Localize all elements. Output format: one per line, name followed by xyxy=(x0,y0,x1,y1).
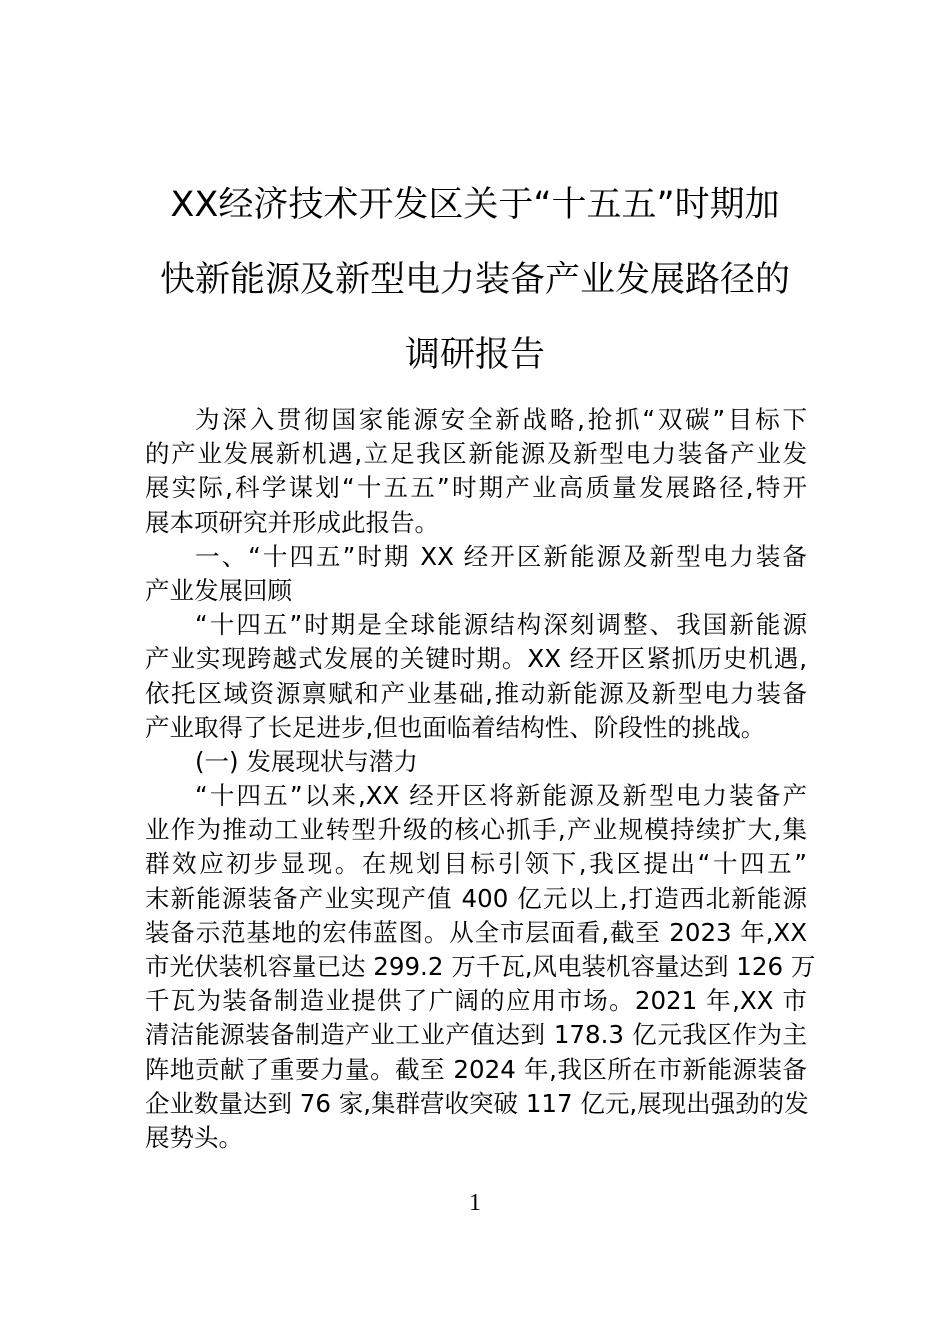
title-line: 调研报告 xyxy=(140,318,810,393)
text-line: 产业实现跨越式发展的关键时期。XX 经开区紧抓历史机遇, xyxy=(145,642,807,676)
title-line: XX经济技术开发区关于“十五五”时期加 xyxy=(140,168,810,243)
text-line: 群效应初步显现。在规划目标引领下,我区提出“十四五” xyxy=(145,847,807,881)
text-line: 展实际,科学谋划“十五五”时期产业高质量发展路径,特开 xyxy=(145,471,807,505)
text-line: 业作为推动工业转型升级的核心抓手,产业规模持续扩大,集 xyxy=(145,813,807,847)
text-line: 企业数量达到 76 家,集群营收突破 117 亿元,展现出强劲的发 xyxy=(145,1087,807,1121)
report-title: XX经济技术开发区关于“十五五”时期加 快新能源及新型电力装备产业发展路径的 调… xyxy=(140,168,810,393)
text-line: 的产业发展新机遇,立足我区新能源及新型电力装备产业发 xyxy=(145,437,807,471)
heading-line: 一、“十四五”时期 XX 经开区新能源及新型电力装备 xyxy=(145,540,807,574)
text-line: “十四五”时期是全球能源结构深刻调整、我国新能源 xyxy=(145,608,807,642)
text-line: 清洁能源装备制造产业工业产值达到 178.3 亿元我区作为主 xyxy=(145,1018,807,1052)
text-line: 末新能源装备产业实现产值 400 亿元以上,打造西北新能源 xyxy=(145,882,807,916)
text-line: 市光伏装机容量已达 299.2 万千瓦,风电装机容量达到 126 万 xyxy=(145,950,807,984)
text-line: 展势头。 xyxy=(145,1121,807,1155)
report-body: 为深入贯彻国家能源安全新战略,抢抓“双碳”目标下 的产业发展新机遇,立足我区新能… xyxy=(145,403,807,1155)
text-line: 装备示范基地的宏伟蓝图。从全市层面看,截至 2023 年,XX xyxy=(145,916,807,950)
heading-line: 产业发展回顾 xyxy=(145,574,807,608)
page-number: 1 xyxy=(0,1188,950,1218)
document-page: XX经济技术开发区关于“十五五”时期加 快新能源及新型电力装备产业发展路径的 调… xyxy=(0,0,950,1344)
subsection-heading: (一) 发展现状与潜力 xyxy=(145,745,807,779)
text-line: “十四五”以来,XX 经开区将新能源及新型电力装备产 xyxy=(145,779,807,813)
review-paragraph: “十四五”时期是全球能源结构深刻调整、我国新能源 产业实现跨越式发展的关键时期。… xyxy=(145,608,807,745)
status-paragraph: “十四五”以来,XX 经开区将新能源及新型电力装备产 业作为推动工业转型升级的核… xyxy=(145,779,807,1155)
section-heading-1: 一、“十四五”时期 XX 经开区新能源及新型电力装备 产业发展回顾 xyxy=(145,540,807,608)
text-line: 依托区域资源禀赋和产业基础,推动新能源及新型电力装备 xyxy=(145,677,807,711)
heading-line: (一) 发展现状与潜力 xyxy=(145,745,807,779)
intro-paragraph: 为深入贯彻国家能源安全新战略,抢抓“双碳”目标下 的产业发展新机遇,立足我区新能… xyxy=(145,403,807,540)
text-line: 为深入贯彻国家能源安全新战略,抢抓“双碳”目标下 xyxy=(145,403,807,437)
title-line: 快新能源及新型电力装备产业发展路径的 xyxy=(140,243,810,318)
text-line: 千瓦为装备制造业提供了广阔的应用市场。2021 年,XX 市 xyxy=(145,984,807,1018)
text-line: 展本项研究并形成此报告。 xyxy=(145,506,807,540)
text-line: 产业取得了长足进步,但也面临着结构性、阶段性的挑战。 xyxy=(145,711,807,745)
text-line: 阵地贡献了重要力量。截至 2024 年,我区所在市新能源装备 xyxy=(145,1053,807,1087)
